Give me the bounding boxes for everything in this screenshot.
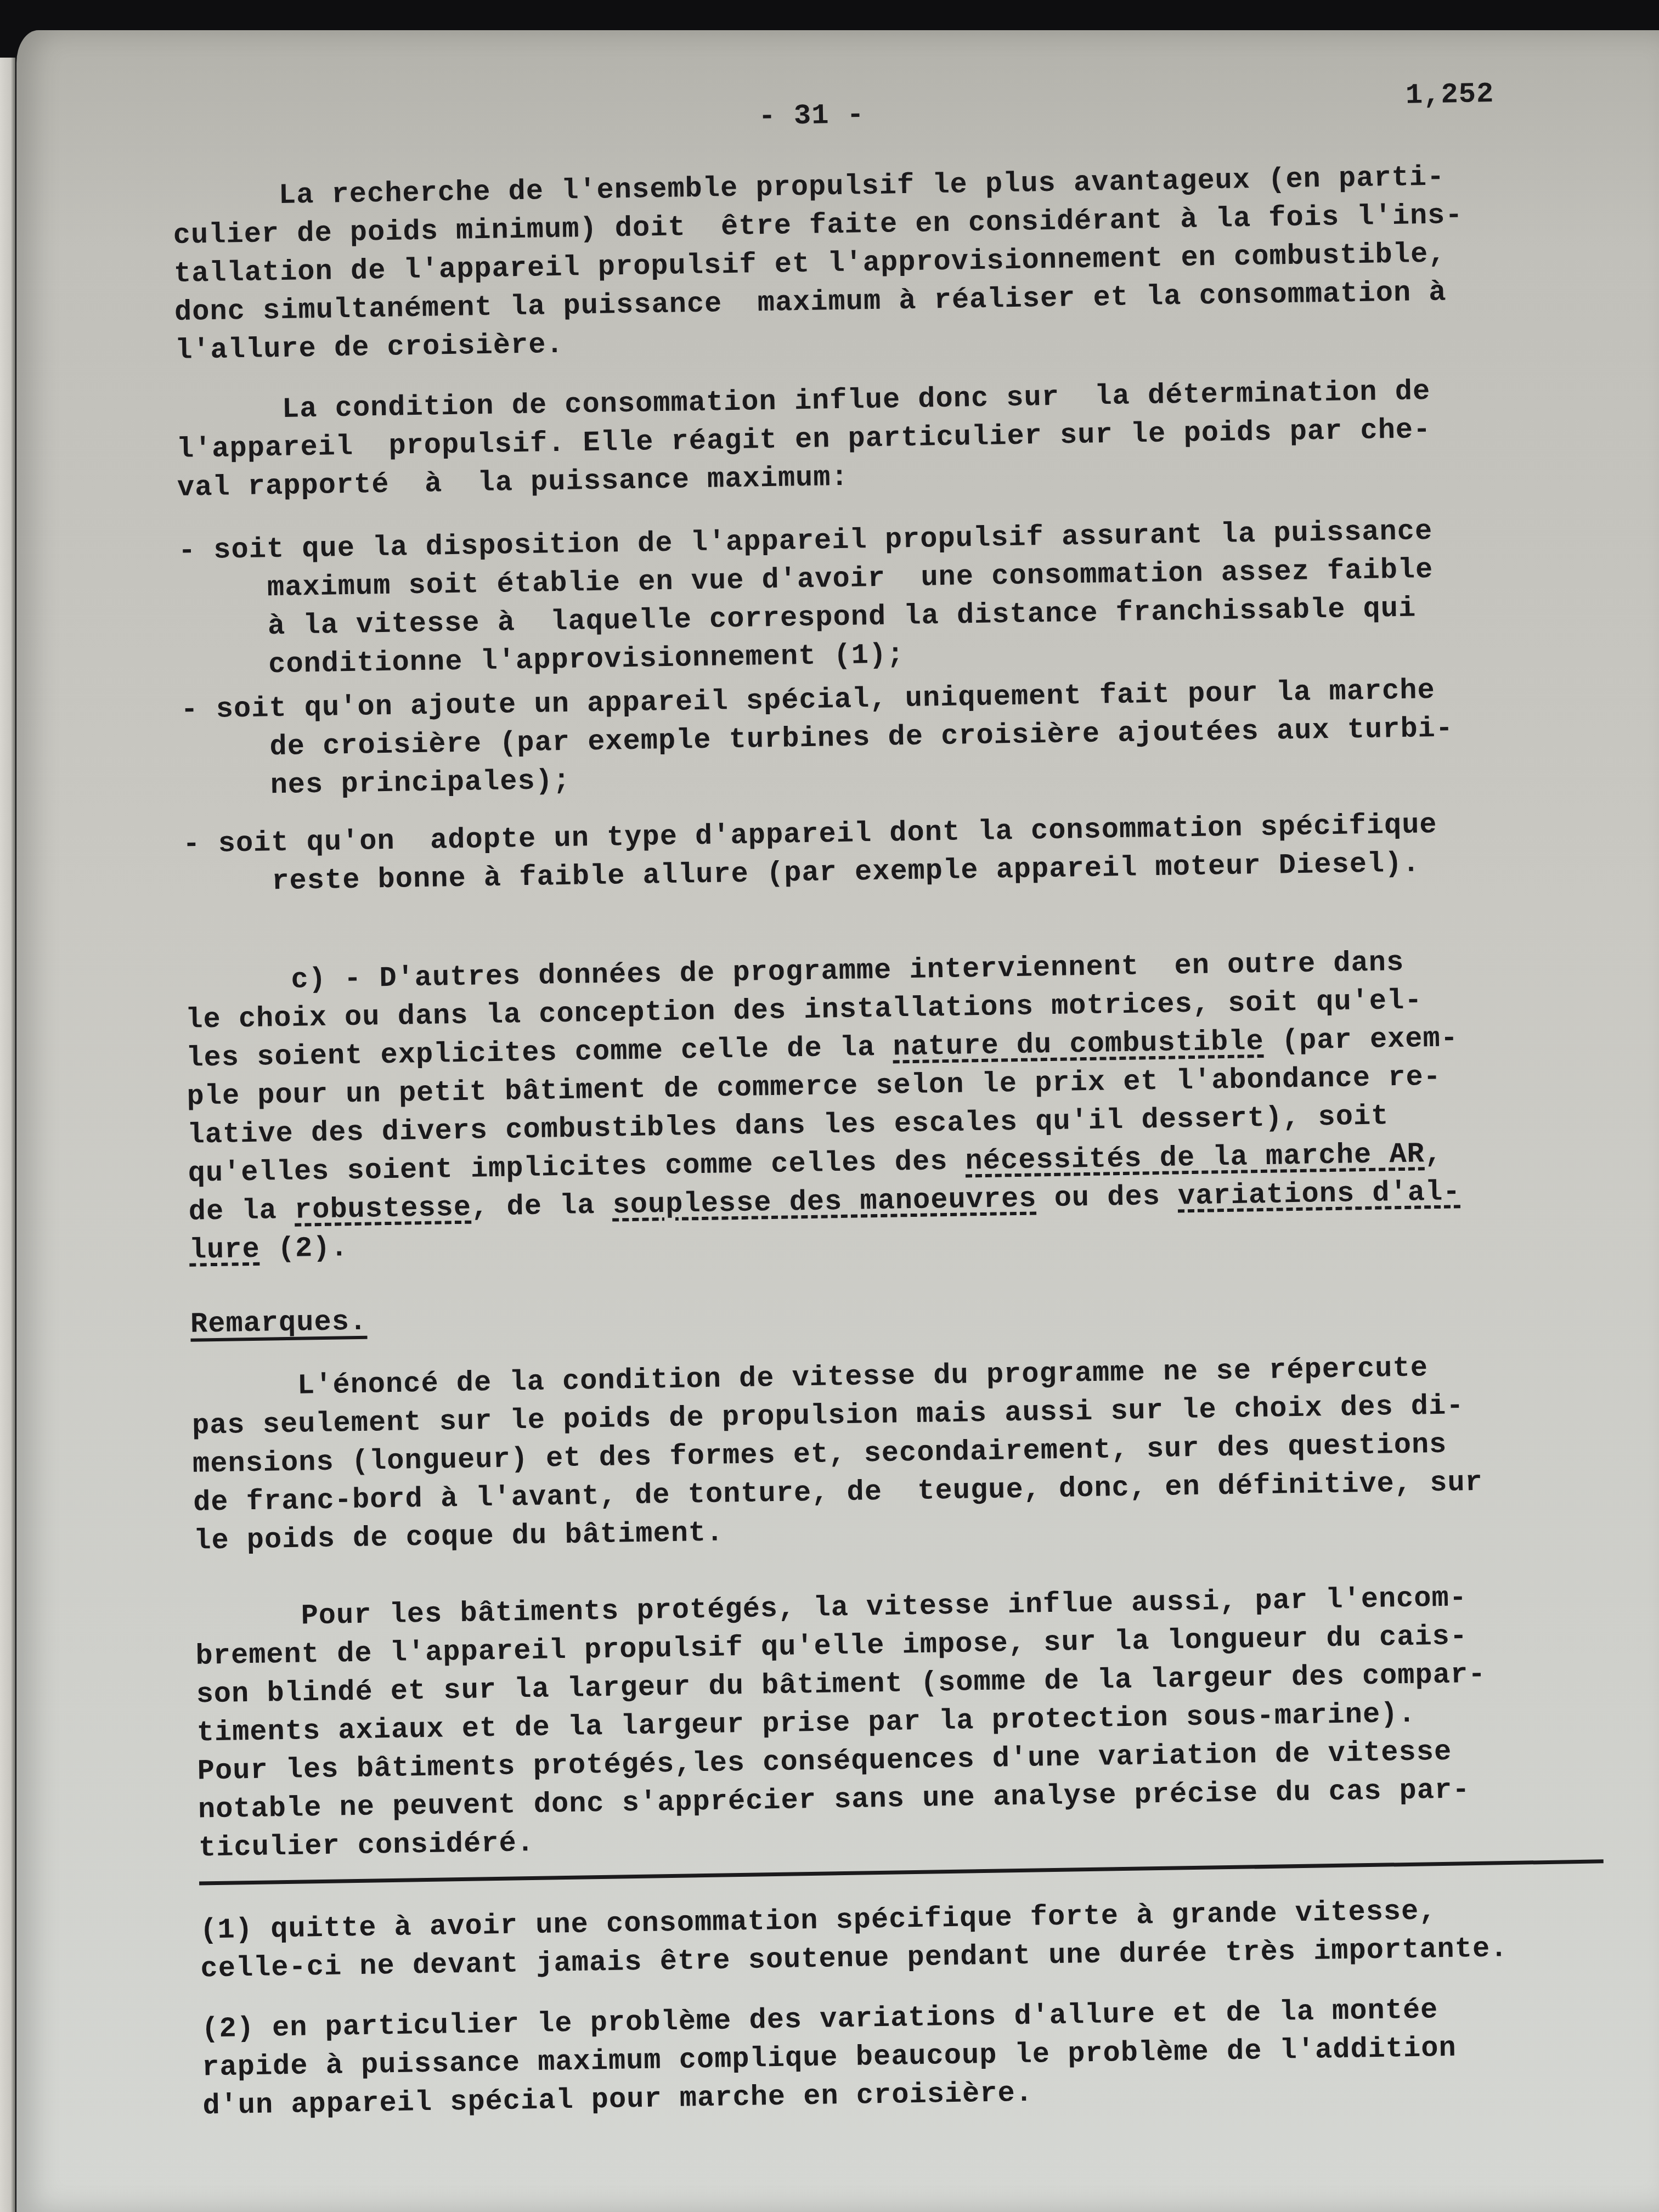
underlined-term: robustesse <box>295 1192 472 1227</box>
underlined-term: souplesse des manoeuvres <box>612 1182 1037 1221</box>
page-number: - 31 - <box>758 96 865 136</box>
underlined-term: variations d'al- <box>1178 1176 1461 1212</box>
document-reference: 1,252 <box>1406 75 1494 115</box>
paragraph-c-other-data: c) - D'autres données de programme inter… <box>185 943 1462 1269</box>
bullet-item-disposition: - soit que la disposition de l'appareil … <box>178 512 1435 686</box>
remarks-heading: Remarques. <box>190 1303 368 1344</box>
underlined-term: nécessités de la marche AR <box>965 1138 1425 1177</box>
bullet-item-special-apparatus: - soit qu'on ajoute un appareil spécial,… <box>180 671 1454 806</box>
footnote-1: (1) quitte à avoir une consommation spéc… <box>200 1891 1508 1988</box>
bullet-item-diesel: - soit qu'on adopte un type d'appareil d… <box>183 806 1438 902</box>
paragraph-propulsion-search: La recherche de l'ensemble propulsif le … <box>172 158 1465 370</box>
paragraph-protected-ships: Pour les bâtiments protégés, la vitesse … <box>195 1579 1488 1868</box>
document-page: - 31 - 1,252 La recherche de l'ensemble … <box>16 30 1659 2212</box>
underlined-term: nature du combustible <box>893 1025 1264 1064</box>
footnote-2: (2) en particulier le problème des varia… <box>201 1991 1458 2126</box>
typewritten-sheet: - 31 - 1,252 La recherche de l'ensemble … <box>170 8 1575 30</box>
page-header: - 31 - 1,252 <box>171 52 1576 123</box>
adjacent-page-edge <box>0 58 15 2212</box>
paragraph-consumption-condition: La condition de consommation influe donc… <box>176 373 1432 507</box>
paragraph-speed-condition: L'énoncé de la condition de vitesse du p… <box>191 1348 1483 1561</box>
underlined-term: lure <box>189 1233 260 1267</box>
